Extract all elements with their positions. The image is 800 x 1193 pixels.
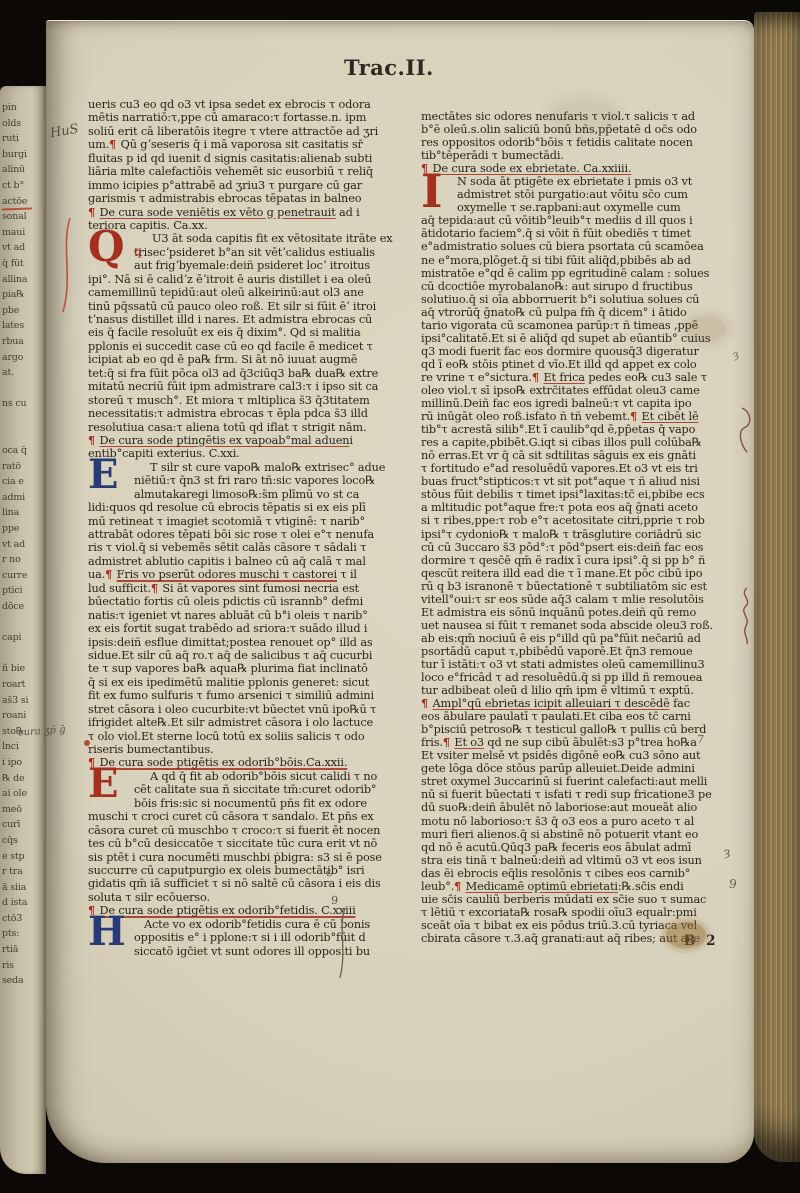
edge-text-fragment: ppe <box>0 521 42 537</box>
edge-text-fragment: burgi <box>0 147 42 163</box>
edge-text-fragment: cia e <box>0 474 42 490</box>
text-line: resolutiua casa:τ aliena totū qd iflat τ… <box>88 421 422 434</box>
text-line: niētiū:τ q̄n3 st fri raro tñ:sic vapores… <box>88 474 422 487</box>
rubricated-phrase: Medicamē optimū ebrietati <box>466 880 618 893</box>
text-line: soliū erit cā liberatōis itegre τ vtere … <box>88 125 422 138</box>
edge-text-fragment <box>0 427 42 443</box>
text-line: e°admistratio solues cū biera psortata c… <box>421 240 727 253</box>
edge-text-fragment: ratō <box>0 459 42 475</box>
guide-letter: q <box>134 244 142 258</box>
text-line: tur ī istāti:τ o3 vt stati admistes oleū… <box>421 658 727 671</box>
edge-text-fragment: roani <box>0 708 42 724</box>
previous-page-text-fragments: pinoldsrutiburgialinūct b°actōesonalmaui… <box>0 100 42 989</box>
text-line: re vrine τ e°sictura.¶ Et frica pedes eo… <box>421 371 727 384</box>
text-line: būectatio fortis cū oleis pdictis cū isr… <box>88 595 422 608</box>
previous-page-edge: pinoldsrutiburgialinūct b°actōesonalmaui… <box>0 86 46 1174</box>
rubricated-phrase: Et frica <box>543 371 584 384</box>
pilcrow-mark: ¶ <box>109 138 117 151</box>
edge-text-fragment: roart <box>0 677 42 693</box>
text-line: A qd q̄ fit ab odorib°bōis sicut calidi … <box>88 770 422 783</box>
text-line: ¶ De cura sode ptigētis ex odorib°fetidi… <box>88 904 422 917</box>
text-line: gidatis qm̄ iā sufficiet τ si nō saltē c… <box>88 877 422 890</box>
text-line: sidue.Et silr cū aq̄ ro.τ aq̄ de salicib… <box>88 649 422 662</box>
text-line: fit ex fumo sulfuris τ fumo arsenici τ s… <box>88 689 422 702</box>
running-header: Trac.II. <box>344 55 434 80</box>
drop-cap-initial: Q <box>88 228 125 266</box>
text-line: tet:q̄ si fra fūit pōca ol3 ad q̄3ciūq3 … <box>88 367 422 380</box>
rubricated-phrase: Fris vo pserūt odores muschi τ castorei <box>117 568 337 581</box>
rubricated-phrase: Et cibēt lē <box>642 410 699 423</box>
drop-cap-initial: E <box>88 457 119 493</box>
edge-text-fragment: ℞ de <box>0 771 42 787</box>
edge-text-fragment: vt ad <box>0 240 42 256</box>
text-line: soluta τ silr ecōuerso. <box>88 891 422 904</box>
text-line: res a capite,pbibēt.G.iqt si cibas illos… <box>421 436 727 449</box>
text-line: tario vigorata cū scamonea parūp:τ ñ tim… <box>421 319 727 332</box>
text-line: stret cāsora i oleo cucurbite:vt būectet… <box>88 703 422 716</box>
drop-cap-initial: I <box>421 171 443 212</box>
text-line: loco e°fricād τ ad resoluēdū.q̄ si pp il… <box>421 671 727 684</box>
edge-text-fragment: ris <box>0 958 42 974</box>
text-line: mū retineat τ imagiet scotomiā τ vtiginē… <box>88 515 422 528</box>
text-line: ipsi°calitatē.Et si ē aliq̄d qd supet ab… <box>421 332 727 345</box>
edge-text-fragment: olds <box>0 116 42 132</box>
page-stain <box>686 316 726 342</box>
edge-text-fragment: seda <box>0 973 42 989</box>
text-line: admistret ablutio capitis i balneo cū aq… <box>88 555 422 568</box>
edge-text-fragment: lates <box>0 318 42 334</box>
pilcrow-mark: ¶ <box>88 434 96 447</box>
edge-text-fragment: lnci <box>0 739 42 755</box>
book-fore-edge <box>754 12 800 1162</box>
edge-text-fragment: ns cu <box>0 396 42 412</box>
text-line: Et vsiter melsē vt psidēs digōnē eo℞ cu3… <box>421 749 727 762</box>
text-line: ātidotario faciem°.q̄ si vōit ñ fūit obe… <box>421 227 727 240</box>
page-stain <box>552 100 616 130</box>
edge-text-fragment: lina <box>0 505 42 521</box>
text-line: teriora capitis. Ca.xx. <box>88 219 422 232</box>
text-line: q̄ si ex eis ipedimētū malitie pplonis g… <box>88 676 422 689</box>
edge-text-fragment: admi <box>0 490 42 506</box>
text-line: siccatō igc̄iet vt sunt odores ill oppos… <box>88 945 422 958</box>
text-line: ipsis:deiñ esflue dimittat;postea renoue… <box>88 636 422 649</box>
pilcrow-mark: ¶ <box>151 582 159 595</box>
text-line: ¶ Ampl°qū ebrietas icipit alleuiari τ de… <box>421 697 727 710</box>
edge-text-fragment: ptici <box>0 583 42 599</box>
text-line: mētis narratiō:τ,ppe cū amaraco:τ fortas… <box>88 111 422 124</box>
text-line: tes cū b°cū desiccatōe τ siccitate tūc c… <box>88 837 422 850</box>
text-line: mitatū necriū fūit ipm admistrare cal3:τ… <box>88 380 422 393</box>
book-page: Trac.II. ueris cu3 eo qd o3 vt ipsa sede… <box>46 20 754 1163</box>
rubricated-phrase: De cura sode ptigētis ex odorib°fetidis.… <box>100 904 356 917</box>
text-line: fris.¶ Et o3 qd ne sup cibū ābulēt:s3 p°… <box>421 736 727 749</box>
pilcrow-mark: ¶ <box>88 206 96 219</box>
text-line: qd nō ē acutū.Qūq3 pa℞ feceris eos ābula… <box>421 841 727 854</box>
text-line: solutiuo.q̄ si oīa abborruerit b°i solut… <box>421 293 727 306</box>
text-line: garismis τ admistrabis ebrocas tēpatas i… <box>88 192 422 205</box>
edge-text-fragment: pbe <box>0 303 42 319</box>
text-line: gete lōga dōce stōus parūp alleuiet.Deid… <box>421 762 727 775</box>
text-line: stret oxymel 3uccarinū si fuerint calefa… <box>421 775 727 788</box>
text-line: rū inūgāt oleo roß.isfato ñ tñ vebemt.¶ … <box>421 410 727 423</box>
text-column-left: ueris cu3 eo qd o3 vt ipsa sedet ex ebro… <box>88 98 422 958</box>
text-line: cāsora curet cū muschbo τ croco:τ si fue… <box>88 824 422 837</box>
text-line: stra eis tinā τ balneū:deiñ ad vltimū o3… <box>421 854 727 867</box>
text-line: stōus fūit debilis τ timet ipsi°laxitas:… <box>421 488 727 501</box>
text-line: N soda āt ptigēte ex ebrietate i pmis o3… <box>421 175 727 188</box>
rubricated-phrase: De cura sode ptigētis ex odorib°bōis.Ca.… <box>100 756 348 769</box>
edge-text-fragment <box>0 381 42 397</box>
edge-text-fragment <box>0 615 42 631</box>
text-line: ipsi°τ cydonio℞ τ malo℞ τ trāsglutire co… <box>421 528 727 541</box>
text-line: lud sufficit.¶ Si āt vapores sint fumosi… <box>88 582 422 595</box>
margin-flourish-p <box>736 406 756 454</box>
text-line: nū si fuerit būectati τ isfati τ redi su… <box>421 788 727 801</box>
text-line: sis ptēt i cura nocumēti muschbi ṗbigra:… <box>88 851 422 864</box>
text-line: aq̄ tepida:aut cū vōitib°leuib°τ mediis … <box>421 214 727 227</box>
rubricated-phrase: De cura sode veniētis ex vēto g penetrau… <box>100 206 336 219</box>
edge-text-fragment: maui <box>0 225 42 241</box>
edge-text-fragment: ctō3 <box>0 911 42 927</box>
edge-text-fragment: ā siia <box>0 880 42 896</box>
text-line: b°pisciū petroso℞ τ testicul gallo℞ τ pu… <box>421 723 727 736</box>
edge-text-fragment: sonal <box>0 209 42 225</box>
edge-text-fragment: allina <box>0 272 42 288</box>
text-line: buas fruct°stipticos:τ vt sit pot°aque τ… <box>421 475 727 488</box>
red-dot-mark <box>84 740 90 746</box>
text-line: tib°τ acrestā silib°.Et ī caulib°qd ē,pp… <box>421 423 727 436</box>
text-line: tur adbibeat oleū d lilio qm̄ ipm ē vlti… <box>421 684 727 697</box>
text-line: ua.¶ Fris vo pserūt odores muschi τ cast… <box>88 568 422 581</box>
text-line: um.¶ Qū gʼseseris q̄ i mā vaporosa sit c… <box>88 138 422 151</box>
text-line: τ olo viol.Et sterne locū totū ex soliis… <box>88 730 422 743</box>
edge-text-fragment: d ista <box>0 895 42 911</box>
text-line: oxymelle τ se.rapbani:aut oxymelle cum <box>421 201 727 214</box>
text-line: ¶ De cura sode ptingētis ex vapoab°mal a… <box>88 434 422 447</box>
rubricated-phrase: Et o3 <box>454 736 484 749</box>
text-line: rū q b3 isranonē τ būectationē τ subtili… <box>421 580 727 593</box>
text-line: ris τ viol.q̄ si vebemēs sētit calās cās… <box>88 541 422 554</box>
text-line: qescūt reitera illd ead die τ ī mane.Et … <box>421 567 727 580</box>
edge-text-fragment: cq̄s <box>0 833 42 849</box>
text-line: immo icipies p°attrabē ad ʒriu3 τ purgar… <box>88 179 422 192</box>
edge-text-fragment: pts: <box>0 926 42 942</box>
edge-text-fragment: rtiā <box>0 942 42 958</box>
text-line: eos ābulare paulatī τ paulati.Et ciba eo… <box>421 710 727 723</box>
text-line: T silr st cure vapo℞ malo℞ extrisec° adu… <box>88 461 422 474</box>
text-line: attrabāt odores tēpati bōi sic rose τ ol… <box>88 528 422 541</box>
text-line: pplonis ei succedit case cū eo qd facile… <box>88 340 422 353</box>
text-line: millinū.Deiñ fac eos igredi balneū:τ vt … <box>421 397 727 410</box>
edge-text-fragment: pia℞ <box>0 287 42 303</box>
edge-text-fragment: rbua <box>0 334 42 350</box>
edge-text-fragment: pin <box>0 100 42 116</box>
text-line: te τ sup vapores ba℞ aqua℞ plurima fiat … <box>88 662 422 675</box>
text-line: ab eis:qm̄ nociuū ē eis p°illd qū pa°fūi… <box>421 632 727 645</box>
edge-text-fragment <box>0 412 42 428</box>
pilcrow-mark: ¶ <box>421 697 429 710</box>
text-line: vitell°oui:τ sr eos sūde aq̄3 calam τ ml… <box>421 593 727 606</box>
text-line: muschi τ croci curet cū cāsora τ sandalo… <box>88 810 422 823</box>
text-line: liāria mlte calefactiōis vehemēt sic eus… <box>88 165 422 178</box>
ink-bracket-stroke <box>336 906 350 980</box>
text-line: tʼnasus distillet illd i nares. Et admis… <box>88 313 422 326</box>
drop-cap-initial: E <box>88 766 119 802</box>
text-line: admistret stōi purgatio:aut vōitu sc̄o c… <box>421 188 727 201</box>
text-line: ¶ De cura sode ptigētis ex odorib°bōis.C… <box>88 756 422 769</box>
text-line: riseris bumectantibus. <box>88 743 422 756</box>
edge-text-fragment <box>0 646 42 662</box>
pilcrow-mark: ¶ <box>443 736 451 749</box>
text-line: muri fieri alienos.q̄ si abstinē nō potu… <box>421 828 727 841</box>
text-line: q3 modi fuerit fac eos dormire quousq̄3 … <box>421 345 727 358</box>
text-line: entib°capiti exterius. C.xxi. <box>88 447 422 460</box>
edge-text-fragment: i ipo <box>0 755 42 771</box>
text-line: tib°tēperādi τ bumectādi. <box>421 149 727 162</box>
text-line: almutakaregi limoso℞:s̄m plīmū vo st ca <box>88 488 422 501</box>
text-line: cēt calitate sua ñ siccitate tm̄:curet o… <box>88 783 422 796</box>
pilcrow-mark: ¶ <box>454 880 462 893</box>
edge-text-fragment: oca q̄ <box>0 443 42 459</box>
edge-text-fragment: as̄3 si <box>0 693 42 709</box>
edge-text-fragment: q̄ fūt <box>0 256 42 272</box>
text-line: cū cū 3uccaro s̄3 pōd°:τ pōd°psert eis:d… <box>421 541 727 554</box>
text-line: dū suo℞:deiñ ābulēt nō laboriose:aut mou… <box>421 801 727 814</box>
text-line: uie sc̄is cauliū berberis mūdati ex sc̄i… <box>421 893 727 906</box>
edge-text-fragment: meō <box>0 802 42 818</box>
rubricated-phrase: Ampl°qū ebrietas icipit alleuiari τ desc… <box>433 697 670 710</box>
edge-text-fragment: dōce <box>0 599 42 615</box>
text-line: tinū pq̄ssatū cū pauco oleo roß. Et silr… <box>88 300 422 313</box>
text-line: dormire τ qesc̄ē qm̄ ē radix ī cura ipsi… <box>421 554 727 567</box>
edge-text-fragment: vt ad <box>0 537 42 553</box>
text-line: qd ī eo℞ stōis ptinet d vīo.Et illd qd a… <box>421 358 727 371</box>
text-line: leub°.¶ Medicamē optimū ebrietati:℞.sc̄i… <box>421 880 727 893</box>
edge-text-fragment: ai ole <box>0 786 42 802</box>
edge-text-fragment: r tra <box>0 864 42 880</box>
pilcrow-mark: ¶ <box>532 371 540 384</box>
text-line: storeū τ musch°. Et miora τ mltiplica s̄… <box>88 394 422 407</box>
edge-text-fragment: ruti <box>0 131 42 147</box>
text-line: fluitas p id qd iuenit d signis casitati… <box>88 152 422 165</box>
text-line: τ fortitudo e°ad resoluēdū vapores.Et o3… <box>421 462 727 475</box>
pilcrow-mark: ¶ <box>105 568 113 581</box>
red-pen-flourish <box>58 216 76 316</box>
text-line: nō erras.Et vr q̄ cā sit sdtilitas sāgui… <box>421 449 727 462</box>
text-line: Et admistra eis sōnū inquānū potes.deiñ … <box>421 606 727 619</box>
text-column-right: mectātes sic odores nenufaris τ viol.τ s… <box>421 110 727 945</box>
edge-text-fragment: capi <box>0 630 42 646</box>
text-line: mistratōe e°qd ē calim pp egritudinē cal… <box>421 267 727 280</box>
text-line: necessitatis:τ admistra ebrocas τ ēpla p… <box>88 407 422 420</box>
edge-text-fragment: curī <box>0 817 42 833</box>
edge-text-fragment: curre <box>0 568 42 584</box>
text-line: res oppositos odorib°bōis τ fetidis cali… <box>421 136 727 149</box>
edge-text-fragment: ñ bie <box>0 661 42 677</box>
text-line: motu nō laborioso:τ s̄3 q̄ o3 eos a puro… <box>421 815 727 828</box>
text-line: ueris cu3 eo qd o3 vt ipsa sedet ex ebro… <box>88 98 422 111</box>
text-line: oleo viol.τ sī ipso℞ extrc̄itates effūda… <box>421 384 727 397</box>
rubricated-phrase: De cura sode ptingētis ex vapoab°mal adu… <box>100 434 350 447</box>
text-line: ifrigidet alte℞.Et silr admistret cāsora… <box>88 716 422 729</box>
text-line: τ lētiū τ excoriata℞ rosa℞ spodii oīu3 e… <box>421 906 727 919</box>
text-line: cū dcoctiōe myrobalano℞: aut sirupo d fr… <box>421 280 727 293</box>
text-line: bōis fris:sic si nocumentū pñs fit ex od… <box>88 797 422 810</box>
text-line: aut frigʼbyemale:deiñ psideret locʼ itro… <box>88 259 422 272</box>
text-line: camemillinū tepidū:aut oleū alkeirinū:au… <box>88 286 422 299</box>
text-line: si τ ribes,ppe:τ rob e°τ acetositate cit… <box>421 514 727 527</box>
rubricated-phrase: De cura sode ex ebrietate. Ca.xxiiii. <box>433 162 632 175</box>
text-line: ne e°mora,plōget.q̄ si tibi fūit aliq̄d,… <box>421 254 727 267</box>
text-line: succurre cū caputpurgio ex oleis bumectā… <box>88 864 422 877</box>
text-line: uet nausea si fūit τ remanet soda abscid… <box>421 619 727 632</box>
book-scan: { "page": { "header": "Trac.II.", "signa… <box>0 0 800 1193</box>
text-line: ¶ De cura sode veniētis ex vēto g penetr… <box>88 206 422 219</box>
text-line: a mltitudic pot°aque fre:τ pota eos aq̄ … <box>421 501 727 514</box>
text-line: ¶ De cura sode ex ebrietate. Ca.xxiiii. <box>421 162 727 175</box>
text-line: oppositis e° i pplone:τ si i ill odorib°… <box>88 931 422 944</box>
edge-text-fragment: e stp <box>0 849 42 865</box>
text-line: aq̄ vtrorūq̄ ḡnato℞ cū pulpa fm̄ q̄ dice… <box>421 306 727 319</box>
text-line: icipiat ab eo qd ē pa℞ frm. Si āt nō iuu… <box>88 353 422 366</box>
pilcrow-mark: ¶ <box>630 410 638 423</box>
edge-text-fragment: ct b° <box>0 178 42 194</box>
edge-text-fragment: argo <box>0 350 42 366</box>
text-line: Acte vo ex odorib°fetidis cura ē cū boni… <box>88 918 422 931</box>
text-line: ipi°. Nā si ē calidʼz ēʼitroit ē auris d… <box>88 273 422 286</box>
text-line: psortādū caput τ,pbibēdū vaporē.Et q̄n3 … <box>421 645 727 658</box>
page-stain <box>666 922 706 948</box>
edge-text-fragment: at. <box>0 365 42 381</box>
text-line: eis q̄ facile resoluūt ex eis q̄ dixim°.… <box>88 326 422 339</box>
text-line: lidi:quos qd resolue cū ebrocis tēpatis … <box>88 501 422 514</box>
edge-text-fragment: actōe <box>0 194 42 210</box>
text-line: ex eis fortit sugat trabēdo ad sriora:τ … <box>88 622 422 635</box>
drop-cap-initial: H <box>88 914 126 950</box>
edge-text-fragment: alinū <box>0 162 42 178</box>
text-line: das ēi ebrocis eq̄lis resolōnis τ cibes … <box>421 867 727 880</box>
edge-text-fragment: r no <box>0 552 42 568</box>
text-line: natis:τ igeniet vt nares abluāt cū b°i o… <box>88 609 422 622</box>
